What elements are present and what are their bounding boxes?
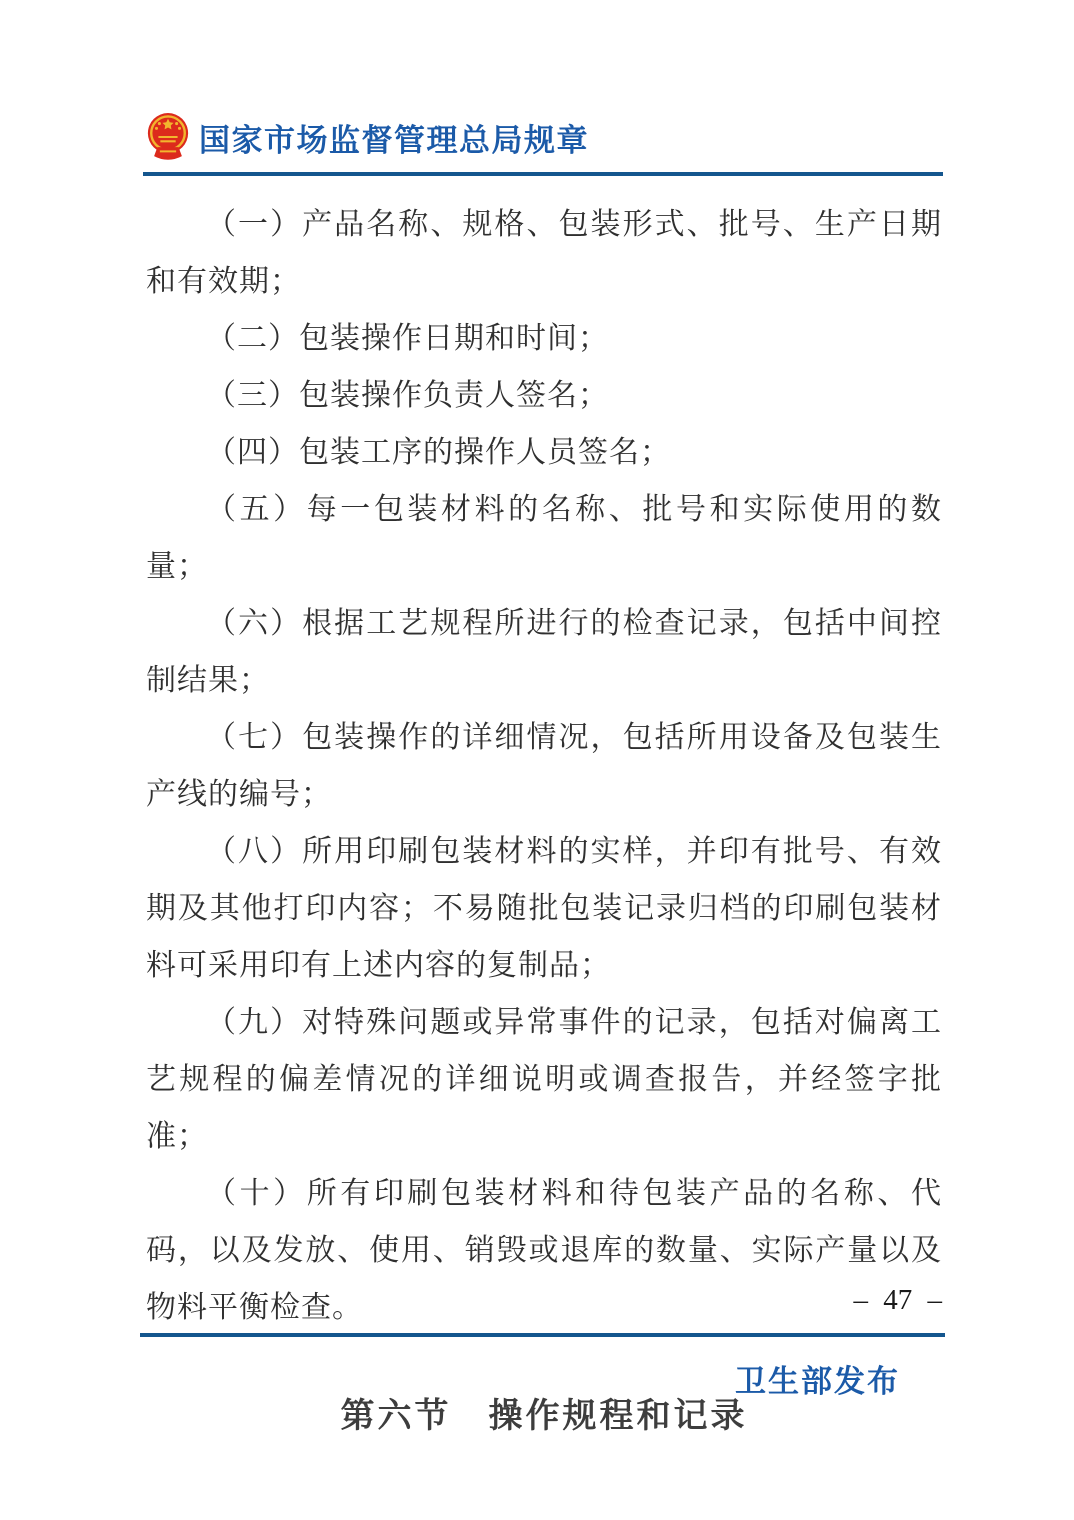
- list-item-6: （六）根据工艺规程所进行的检查记录，包括中间控制结果；: [146, 595, 942, 709]
- list-item-8: （八）所用印刷包装材料的实样，并印有批号、有效期及其他打印内容；不易随批包装记录…: [146, 823, 942, 994]
- list-item-1: （一）产品名称、规格、包装形式、批号、生产日期和有效期；: [146, 196, 942, 310]
- document-page: 国家市场监督管理总局规章 （一）产品名称、规格、包装形式、批号、生产日期和有效期…: [0, 0, 1074, 1520]
- list-item-4: （四）包装工序的操作人员签名；: [146, 424, 942, 481]
- header-title: 国家市场监督管理总局规章: [199, 115, 589, 160]
- list-item-5: （五）每一包装材料的名称、批号和实际使用的数量；: [146, 481, 942, 595]
- national-emblem-icon: [145, 111, 191, 163]
- header-rule: [143, 172, 943, 176]
- page-number: – 47 –: [854, 1284, 943, 1317]
- list-item-2: （二）包装操作日期和时间；: [146, 310, 942, 367]
- list-item-3: （三）包装操作负责人签名；: [146, 367, 942, 424]
- list-item-10: （十）所有印刷包装材料和待包装产品的名称、代码，以及发放、使用、销毁或退库的数量…: [146, 1165, 942, 1336]
- footer-rule: [140, 1333, 945, 1337]
- publisher-label: 卫生部发布: [735, 1356, 900, 1401]
- document-body: （一）产品名称、规格、包装形式、批号、生产日期和有效期； （二）包装操作日期和时…: [146, 196, 942, 1437]
- document-header: 国家市场监督管理总局规章: [145, 108, 589, 166]
- list-item-7: （七）包装操作的详细情况，包括所用设备及包装生产线的编号；: [146, 709, 942, 823]
- list-item-9: （九）对特殊问题或异常事件的记录，包括对偏离工艺规程的偏差情况的详细说明或调查报…: [146, 994, 942, 1165]
